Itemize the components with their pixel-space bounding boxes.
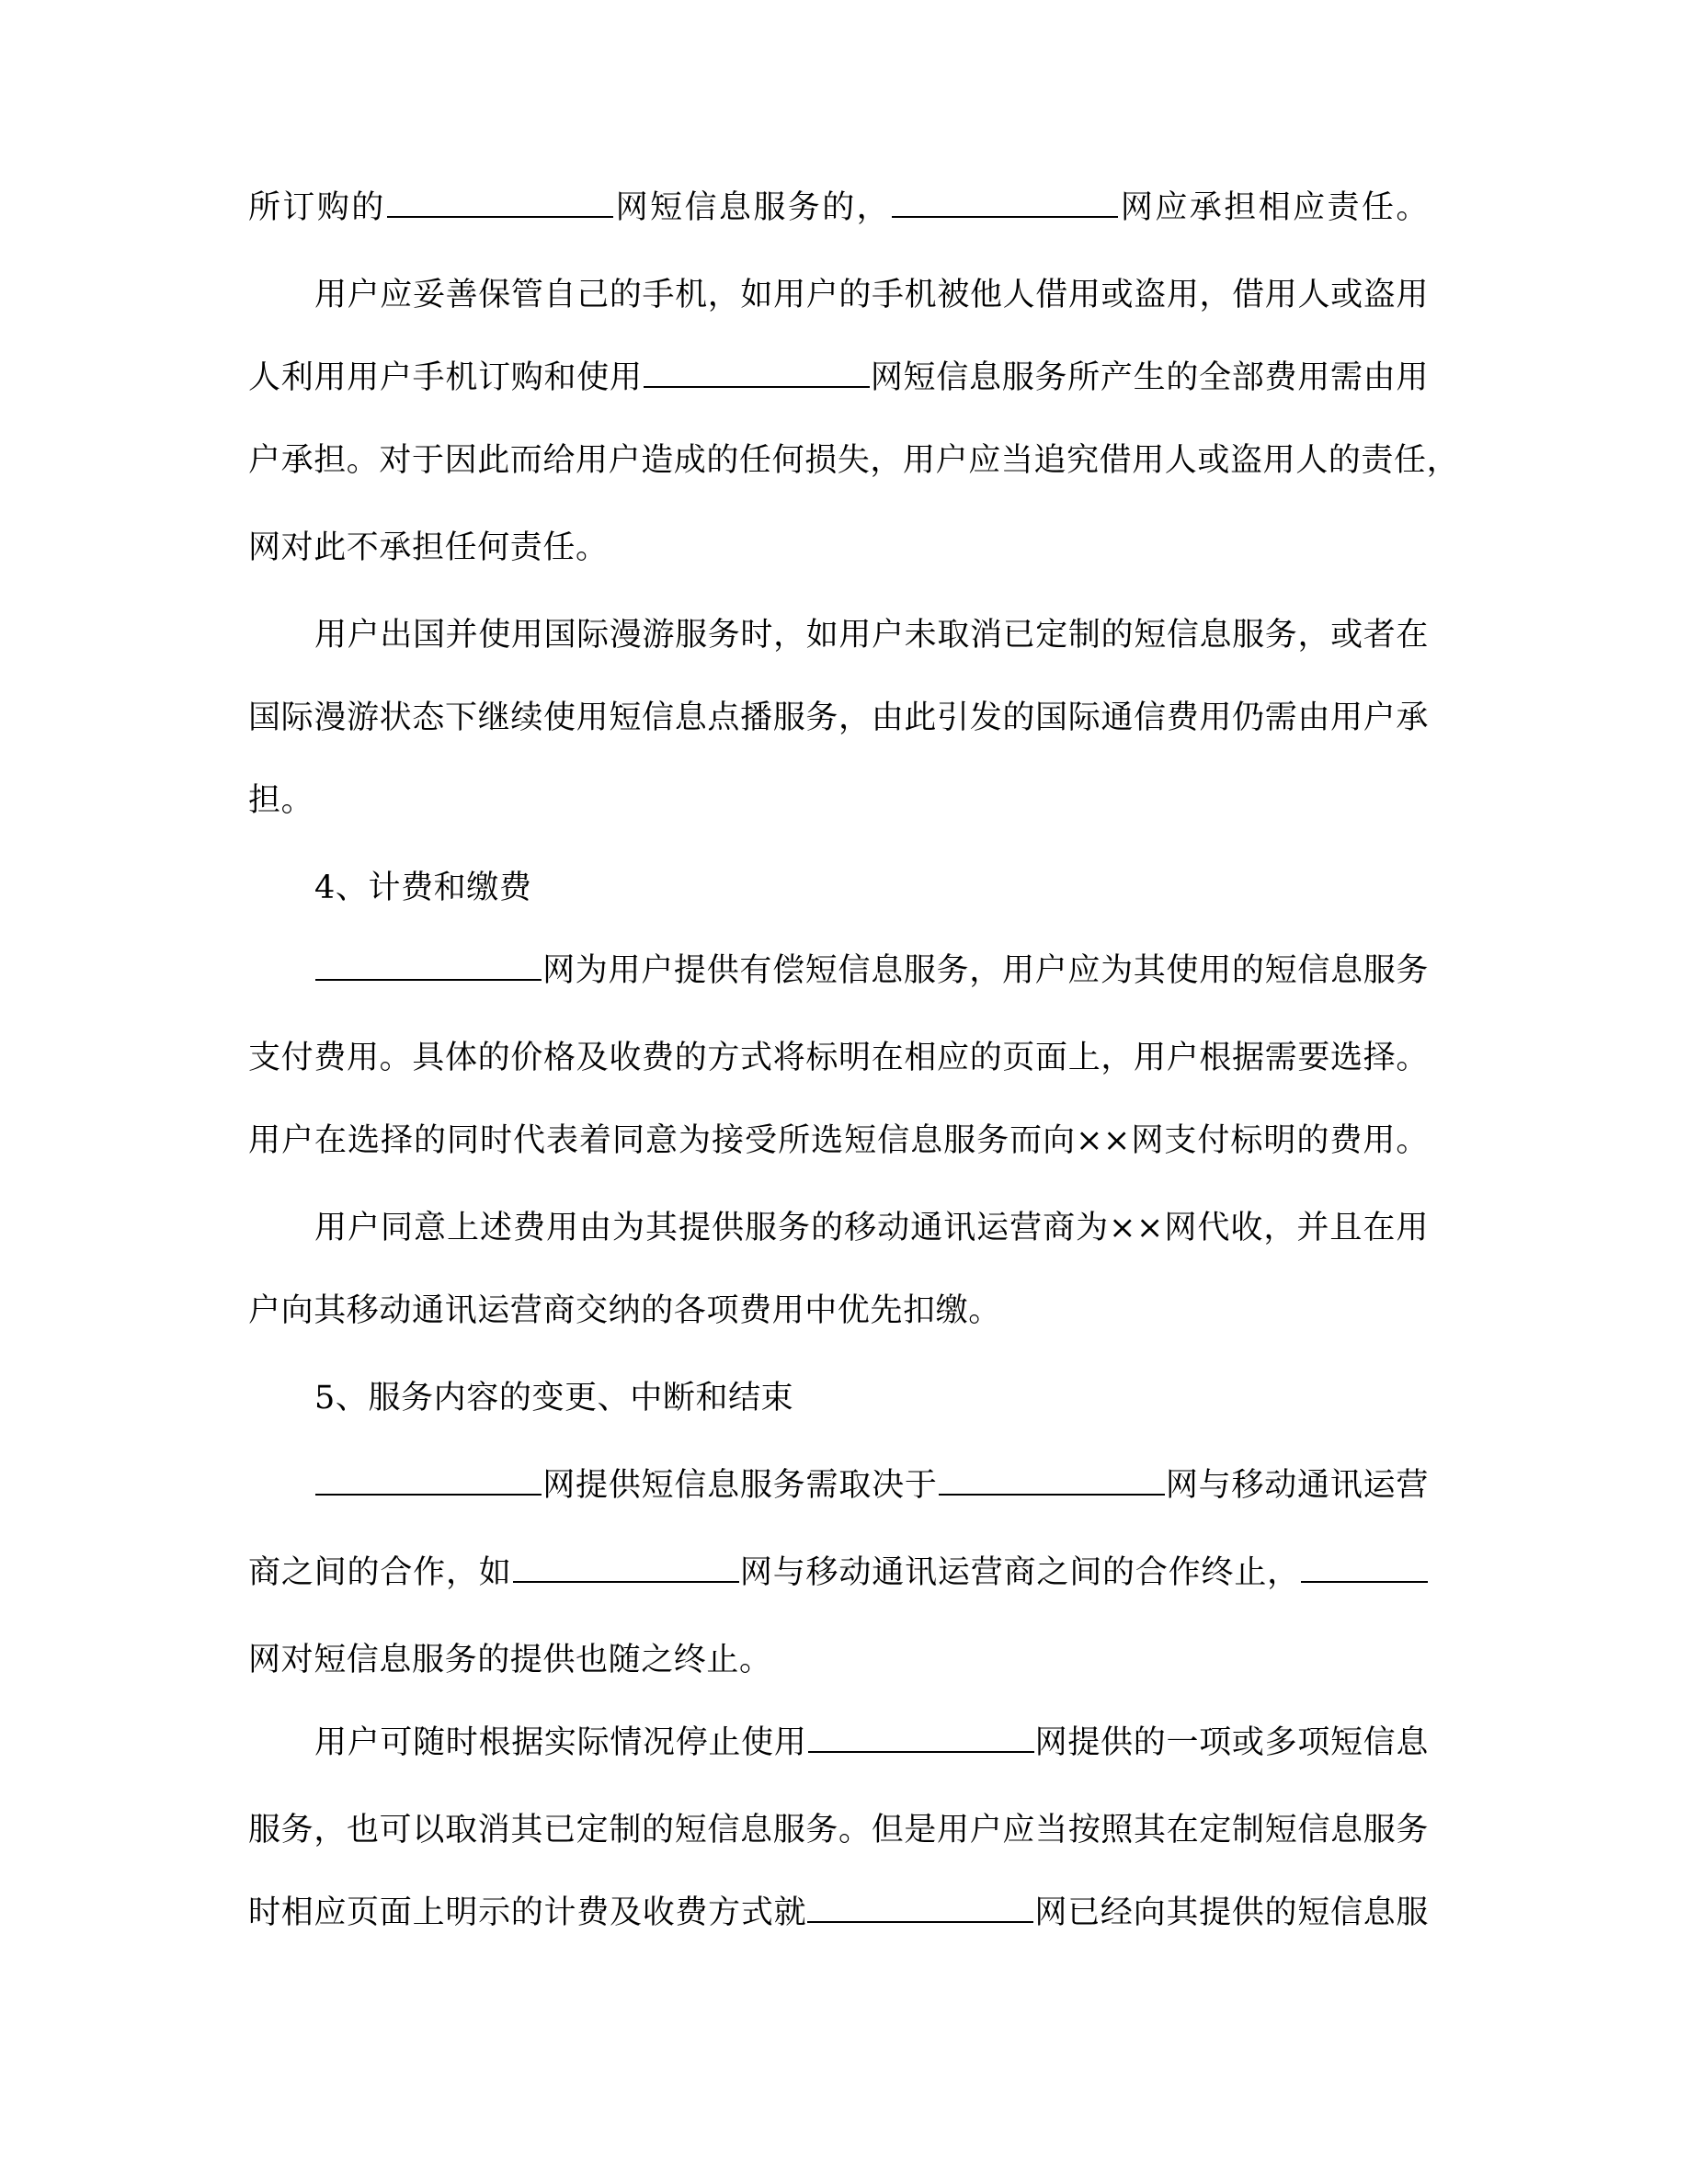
text-segment: 网提供的一项或多项短信息 bbox=[1035, 1724, 1429, 1761]
text-segment: 用户出国并使用国际漫游服务时，如用户未取消已定制的短信息服务，或者在 bbox=[314, 617, 1429, 654]
text-line: 所订购的网短信息服务的，网应承担相应责任。 bbox=[248, 180, 1429, 235]
section-heading: 4、计费和缴费 bbox=[248, 860, 1429, 916]
text-line: 网对短信息服务的提供也随之终止。 bbox=[248, 1632, 1429, 1688]
text-segment: 服务，也可以取消其已定制的短信息服务。但是用户应当按照其在定制短信息服务 bbox=[248, 1812, 1429, 1848]
fill-in-blank bbox=[807, 1890, 1033, 1923]
text-line: 支付费用。具体的价格及收费的方式将标明在相应的页面上，用户根据需要选择。 bbox=[248, 1030, 1429, 1086]
text-segment: 担。 bbox=[248, 782, 314, 819]
section-heading: 5、服务内容的变更、中断和结束 bbox=[248, 1371, 1429, 1426]
fill-in-blank bbox=[939, 1462, 1165, 1496]
text-segment: 户承担。对于因此而给用户造成的任何损失，用户应当追究借用人或盗用人的责任， bbox=[248, 442, 1459, 479]
text-segment: 网提供短信息服务需取决于 bbox=[542, 1467, 938, 1504]
text-segment: 4、计费和缴费 bbox=[314, 870, 531, 906]
text-segment: 网为用户提供有偿短信息服务，用户应为其使用的短信息服务 bbox=[542, 952, 1429, 989]
text-line: 人利用用户手机订购和使用网短信息服务所产生的全部费用需由用 bbox=[248, 350, 1429, 405]
text-segment: 5、服务内容的变更、中断和结束 bbox=[314, 1380, 793, 1416]
text-segment: 用户同意上述费用由为其提供服务的移动通讯运营商为××网代收，并且在用 bbox=[314, 1210, 1429, 1246]
text-line: 时相应页面上明示的计费及收费方式就网已经向其提供的短信息服 bbox=[248, 1885, 1429, 1940]
text-segment: 网应承担相应责任。 bbox=[1119, 189, 1429, 226]
fill-in-blank bbox=[1301, 1550, 1428, 1583]
text-segment: 支付费用。具体的价格及收费的方式将标明在相应的页面上，用户根据需要选择。 bbox=[248, 1040, 1429, 1076]
text-segment: 户向其移动通讯运营商交纳的各项费用中优先扣缴。 bbox=[248, 1292, 1001, 1329]
text-segment: 网短信息服务的， bbox=[614, 189, 891, 226]
text-line: 用户同意上述费用由为其提供服务的移动通讯运营商为××网代收，并且在用 bbox=[248, 1200, 1429, 1256]
fill-in-blank bbox=[892, 185, 1118, 218]
text-line: 用户可随时根据实际情况停止使用网提供的一项或多项短信息 bbox=[248, 1715, 1429, 1770]
text-line: 网为用户提供有偿短信息服务，用户应为其使用的短信息服务 bbox=[248, 943, 1429, 998]
fill-in-blank bbox=[644, 355, 870, 388]
text-line: 网对此不承担任何责任。 bbox=[248, 520, 1429, 575]
text-segment: 网与移动通讯运营 bbox=[1166, 1467, 1429, 1504]
text-line: 户向其移动通讯运营商交纳的各项费用中优先扣缴。 bbox=[248, 1283, 1429, 1338]
text-segment: 用户在选择的同时代表着同意为接受所选短信息服务而向××网支付标明的费用。 bbox=[248, 1122, 1429, 1159]
fill-in-blank bbox=[315, 1462, 542, 1496]
text-segment: 网短信息服务所产生的全部费用需由用 bbox=[871, 359, 1429, 396]
text-segment: 人利用用户手机订购和使用 bbox=[248, 359, 643, 396]
text-segment: 用户应妥善保管自己的手机，如用户的手机被他人借用或盗用，借用人或盗用 bbox=[314, 277, 1429, 313]
text-segment: 用户可随时根据实际情况停止使用 bbox=[314, 1724, 807, 1761]
text-segment: 商之间的合作，如 bbox=[248, 1554, 512, 1591]
text-line: 网提供短信息服务需取决于网与移动通讯运营 bbox=[248, 1458, 1429, 1513]
text-line: 担。 bbox=[248, 773, 1429, 828]
text-line: 商之间的合作，如网与移动通讯运营商之间的合作终止， bbox=[248, 1545, 1429, 1600]
text-line: 用户出国并使用国际漫游服务时，如用户未取消已定制的短信息服务，或者在 bbox=[248, 608, 1429, 663]
text-line: 服务，也可以取消其已定制的短信息服务。但是用户应当按照其在定制短信息服务 bbox=[248, 1803, 1429, 1858]
text-line: 用户应妥善保管自己的手机，如用户的手机被他人借用或盗用，借用人或盗用 bbox=[248, 267, 1429, 323]
text-segment: 网对此不承担任何责任。 bbox=[248, 529, 609, 566]
text-segment: 网对短信息服务的提供也随之终止。 bbox=[248, 1642, 772, 1678]
text-segment: 国际漫游状态下继续使用短信息点播服务，由此引发的国际通信费用仍需由用户承 bbox=[248, 700, 1429, 736]
fill-in-blank bbox=[808, 1720, 1034, 1753]
fill-in-blank bbox=[513, 1550, 739, 1583]
text-segment: 网与移动通讯运营商之间的合作终止， bbox=[740, 1554, 1300, 1591]
text-segment: 所订购的 bbox=[248, 189, 386, 226]
text-line: 用户在选择的同时代表着同意为接受所选短信息服务而向××网支付标明的费用。 bbox=[248, 1113, 1429, 1168]
text-line: 户承担。对于因此而给用户造成的任何损失，用户应当追究借用人或盗用人的责任， bbox=[248, 433, 1429, 488]
text-segment: 时相应页面上明示的计费及收费方式就 bbox=[248, 1894, 806, 1931]
text-line: 国际漫游状态下继续使用短信息点播服务，由此引发的国际通信费用仍需由用户承 bbox=[248, 690, 1429, 745]
fill-in-blank bbox=[387, 185, 613, 218]
fill-in-blank bbox=[315, 948, 542, 981]
text-segment: 网已经向其提供的短信息服 bbox=[1034, 1894, 1429, 1931]
